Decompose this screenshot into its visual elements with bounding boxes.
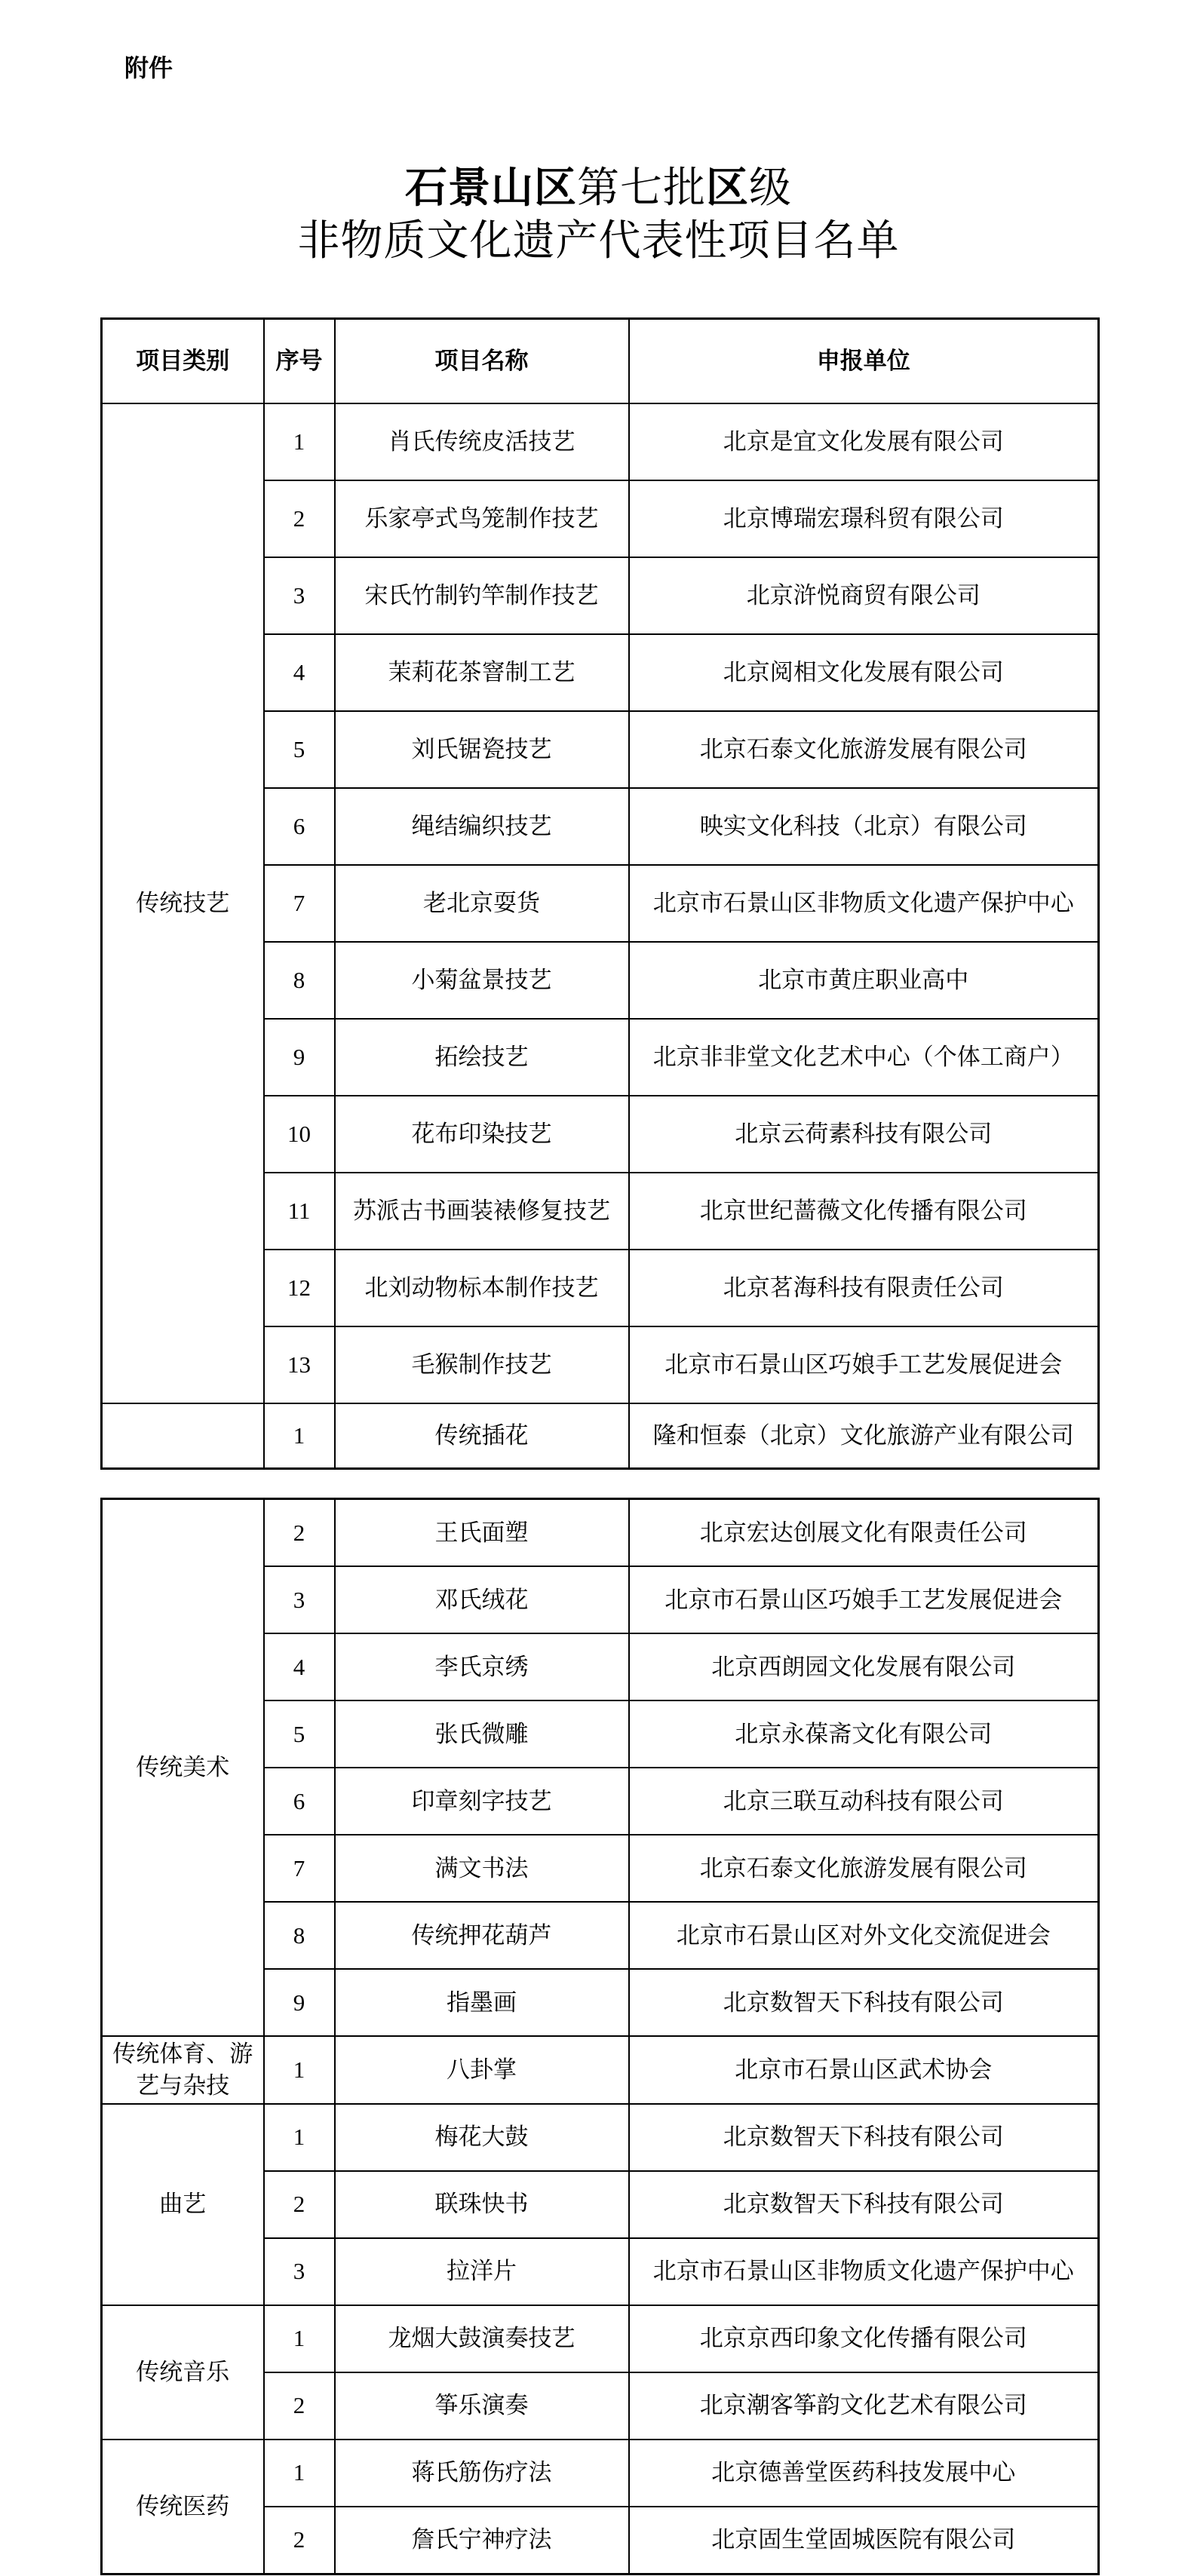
- project-name-cell: 八卦掌: [335, 2036, 629, 2104]
- title-segment: 级: [749, 165, 792, 212]
- project-name-cell: 小菊盆景技艺: [335, 942, 629, 1019]
- row-number-cell: 13: [264, 1326, 335, 1403]
- table-row: 传统体育、游艺与杂技1八卦掌北京市石景山区武术协会: [102, 2036, 1099, 2104]
- project-name-cell: 绳结编织技艺: [335, 788, 629, 865]
- unit-cell: 北京石泰文化旅游发展有限公司: [629, 711, 1099, 788]
- unit-cell: 北京西朗园文化发展有限公司: [629, 1633, 1099, 1700]
- unit-cell: 北京市石景山区非物质文化遗产保护中心: [629, 2238, 1099, 2305]
- row-number-cell: 8: [264, 942, 335, 1019]
- project-name-cell: 王氏面塑: [335, 1499, 629, 1567]
- project-name-cell: 詹氏宁神疗法: [335, 2507, 629, 2574]
- category-cell: 曲艺: [102, 2104, 264, 2305]
- project-name-cell: 拓绘技艺: [335, 1019, 629, 1096]
- column-header-unit: 申报单位: [629, 319, 1099, 404]
- project-name-cell: 梅花大鼓: [335, 2104, 629, 2171]
- row-number-cell: 6: [264, 788, 335, 865]
- unit-cell: 北京市石景山区巧娘手工艺发展促进会: [629, 1566, 1099, 1633]
- project-name-cell: 龙烟大鼓演奏技艺: [335, 2305, 629, 2372]
- category-cell: 传统美术: [102, 1499, 264, 2037]
- row-number-cell: 1: [264, 1403, 335, 1469]
- table-row: 传统美术2王氏面塑北京宏达创展文化有限责任公司: [102, 1499, 1099, 1567]
- row-number-cell: 1: [264, 403, 335, 480]
- project-name-cell: 宋氏竹制钓竿制作技艺: [335, 557, 629, 634]
- unit-cell: 北京固生堂固城医院有限公司: [629, 2507, 1099, 2574]
- attachment-label: 附件: [0, 0, 1197, 83]
- unit-cell: 北京茗海科技有限责任公司: [629, 1250, 1099, 1326]
- document-title: 石景山区第七批区级 非物质文化遗产代表性项目名单: [0, 162, 1197, 268]
- unit-cell: 北京永葆斋文化有限公司: [629, 1700, 1099, 1768]
- project-name-cell: 肖氏传统皮活技艺: [335, 403, 629, 480]
- tables-container: 项目类别序号项目名称申报单位传统技艺1肖氏传统皮活技艺北京是宜文化发展有限公司2…: [0, 317, 1197, 2575]
- unit-cell: 北京云荷素科技有限公司: [629, 1096, 1099, 1173]
- row-number-cell: 6: [264, 1768, 335, 1835]
- unit-cell: 北京石泰文化旅游发展有限公司: [629, 1835, 1099, 1902]
- unit-cell: 北京阅相文化发展有限公司: [629, 634, 1099, 711]
- project-name-cell: 李氏京绣: [335, 1633, 629, 1700]
- category-cell: 传统技艺: [102, 403, 264, 1403]
- row-number-cell: 4: [264, 634, 335, 711]
- row-number-cell: 1: [264, 2440, 335, 2507]
- project-name-cell: 筝乐演奏: [335, 2372, 629, 2440]
- project-name-cell: 邓氏绒花: [335, 1566, 629, 1633]
- project-name-cell: 毛猴制作技艺: [335, 1326, 629, 1403]
- heritage-table-part-1: 项目类别序号项目名称申报单位传统技艺1肖氏传统皮活技艺北京是宜文化发展有限公司2…: [100, 317, 1100, 1470]
- unit-cell: 北京市黄庄职业高中: [629, 942, 1099, 1019]
- title-segment: 第七批: [577, 165, 706, 212]
- row-number-cell: 5: [264, 711, 335, 788]
- table-row: 传统技艺1肖氏传统皮活技艺北京是宜文化发展有限公司: [102, 403, 1099, 480]
- unit-cell: 北京世纪蔷薇文化传播有限公司: [629, 1173, 1099, 1250]
- column-header-category: 项目类别: [102, 319, 264, 404]
- unit-cell: 映实文化科技（北京）有限公司: [629, 788, 1099, 865]
- project-name-cell: 传统押花葫芦: [335, 1902, 629, 1969]
- row-number-cell: 7: [264, 865, 335, 942]
- project-name-cell: 联珠快书: [335, 2171, 629, 2238]
- row-number-cell: 11: [264, 1173, 335, 1250]
- title-segment: 区: [706, 165, 749, 212]
- row-number-cell: 3: [264, 1566, 335, 1633]
- row-number-cell: 1: [264, 2036, 335, 2104]
- project-name-cell: 茉莉花茶窨制工艺: [335, 634, 629, 711]
- project-name-cell: 花布印染技艺: [335, 1096, 629, 1173]
- project-name-cell: 印章刻字技艺: [335, 1768, 629, 1835]
- project-name-cell: 拉洋片: [335, 2238, 629, 2305]
- project-name-cell: 北刘动物标本制作技艺: [335, 1250, 629, 1326]
- column-header-no: 序号: [264, 319, 335, 404]
- project-name-cell: 老北京耍货: [335, 865, 629, 942]
- project-name-cell: 张氏微雕: [335, 1700, 629, 1768]
- unit-cell: 隆和恒泰（北京）文化旅游产业有限公司: [629, 1403, 1099, 1469]
- row-number-cell: 3: [264, 2238, 335, 2305]
- row-number-cell: 10: [264, 1096, 335, 1173]
- row-number-cell: 7: [264, 1835, 335, 1902]
- unit-cell: 北京宏达创展文化有限责任公司: [629, 1499, 1099, 1567]
- title-segment: 石景山区: [405, 165, 577, 212]
- category-cell: 传统音乐: [102, 2305, 264, 2440]
- row-number-cell: 9: [264, 1019, 335, 1096]
- row-number-cell: 1: [264, 2305, 335, 2372]
- table-row: 曲艺1梅花大鼓北京数智天下科技有限公司: [102, 2104, 1099, 2171]
- document-page: 附件 石景山区第七批区级 非物质文化遗产代表性项目名单 项目类别序号项目名称申报…: [0, 0, 1197, 2576]
- project-name-cell: 乐家亭式鸟笼制作技艺: [335, 480, 629, 557]
- unit-cell: 北京浒悦商贸有限公司: [629, 557, 1099, 634]
- unit-cell: 北京是宜文化发展有限公司: [629, 403, 1099, 480]
- row-number-cell: 2: [264, 2507, 335, 2574]
- row-number-cell: 12: [264, 1250, 335, 1326]
- unit-cell: 北京非非堂文化艺术中心（个体工商户）: [629, 1019, 1099, 1096]
- project-name-cell: 苏派古书画装裱修复技艺: [335, 1173, 629, 1250]
- category-cell: 传统医药: [102, 2440, 264, 2574]
- row-number-cell: 3: [264, 557, 335, 634]
- unit-cell: 北京市石景山区巧娘手工艺发展促进会: [629, 1326, 1099, 1403]
- row-number-cell: 5: [264, 1700, 335, 1768]
- row-number-cell: 1: [264, 2104, 335, 2171]
- unit-cell: 北京数智天下科技有限公司: [629, 1969, 1099, 2036]
- unit-cell: 北京市石景山区对外文化交流促进会: [629, 1902, 1099, 1969]
- unit-cell: 北京市石景山区非物质文化遗产保护中心: [629, 865, 1099, 942]
- project-name-cell: 蒋氏筋伤疗法: [335, 2440, 629, 2507]
- unit-cell: 北京潮客筝韵文化艺术有限公司: [629, 2372, 1099, 2440]
- heritage-table-part-2: 传统美术2王氏面塑北京宏达创展文化有限责任公司3邓氏绒花北京市石景山区巧娘手工艺…: [100, 1498, 1100, 2575]
- unit-cell: 北京数智天下科技有限公司: [629, 2171, 1099, 2238]
- row-number-cell: 9: [264, 1969, 335, 2036]
- category-cell: 传统体育、游艺与杂技: [102, 2036, 264, 2104]
- category-cell: [102, 1403, 264, 1469]
- row-number-cell: 8: [264, 1902, 335, 1969]
- unit-cell: 北京博瑞宏璟科贸有限公司: [629, 480, 1099, 557]
- project-name-cell: 指墨画: [335, 1969, 629, 2036]
- table-row: 1传统插花隆和恒泰（北京）文化旅游产业有限公司: [102, 1403, 1099, 1469]
- row-number-cell: 2: [264, 480, 335, 557]
- title-line-1: 石景山区第七批区级: [0, 162, 1197, 215]
- table-row: 传统医药1蒋氏筋伤疗法北京德善堂医药科技发展中心: [102, 2440, 1099, 2507]
- column-header-name: 项目名称: [335, 319, 629, 404]
- row-number-cell: 2: [264, 1499, 335, 1567]
- header-row: 项目类别序号项目名称申报单位: [102, 319, 1099, 404]
- table-row: 传统音乐1龙烟大鼓演奏技艺北京京西印象文化传播有限公司: [102, 2305, 1099, 2372]
- project-name-cell: 传统插花: [335, 1403, 629, 1469]
- row-number-cell: 2: [264, 2372, 335, 2440]
- project-name-cell: 满文书法: [335, 1835, 629, 1902]
- unit-cell: 北京市石景山区武术协会: [629, 2036, 1099, 2104]
- unit-cell: 北京数智天下科技有限公司: [629, 2104, 1099, 2171]
- unit-cell: 北京三联互动科技有限公司: [629, 1768, 1099, 1835]
- title-line-2: 非物质文化遗产代表性项目名单: [0, 215, 1197, 268]
- project-name-cell: 刘氏锯瓷技艺: [335, 711, 629, 788]
- unit-cell: 北京京西印象文化传播有限公司: [629, 2305, 1099, 2372]
- unit-cell: 北京德善堂医药科技发展中心: [629, 2440, 1099, 2507]
- row-number-cell: 2: [264, 2171, 335, 2238]
- row-number-cell: 4: [264, 1633, 335, 1700]
